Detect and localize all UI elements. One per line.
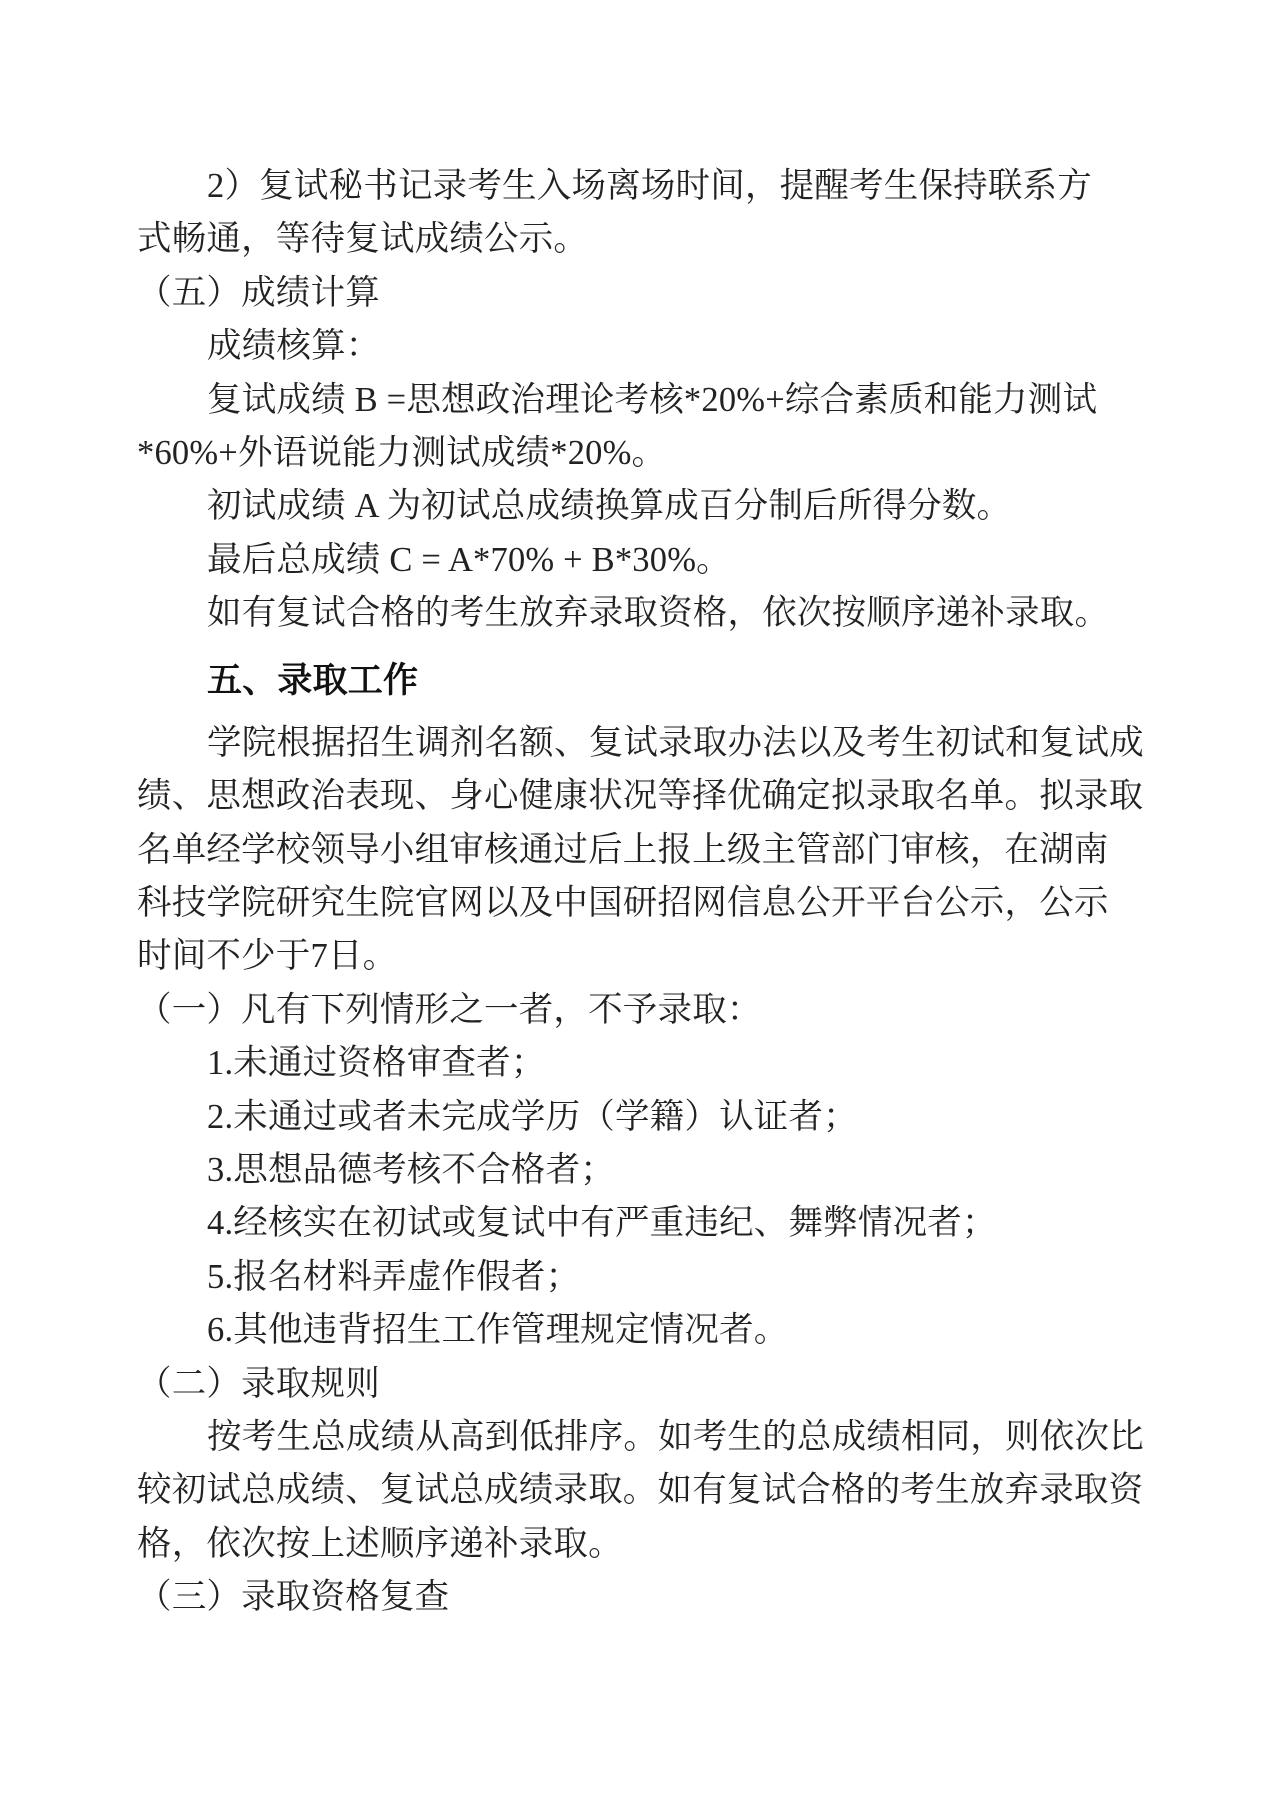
document-page: 2）复试秘书记录考生入场离场时间，提醒考生保持联系方 式畅通，等待复试成绩公示。… [0,0,1279,1809]
formula-line-retest-score: 复试成绩 B =思想政治理论考核*20%+综合素质和能力测试 [137,374,1138,427]
formula-line-retest-score-cont: *60%+外语说能力测试成绩*20%。 [137,427,1138,480]
paragraph-line: 如有复试合格的考生放弃录取资格，依次按顺序递补录取。 [137,587,1138,640]
document-text-block: 2）复试秘书记录考生入场离场时间，提醒考生保持联系方 式畅通，等待复试成绩公示。… [137,160,1138,1625]
subsection-label-no-admission-cases: （一）凡有下列情形之一者，不予录取： [137,984,1138,1037]
paragraph-line: 科技学院研究生院官网以及中国研招网信息公开平台公示，公示 [137,877,1138,930]
list-item-1: 1.未通过资格审查者； [137,1037,1138,1090]
formula-line-initial-score: 初试成绩 A 为初试总成绩换算成百分制后所得分数。 [137,480,1138,533]
paragraph-line: 2）复试秘书记录考生入场离场时间，提醒考生保持联系方 [137,160,1138,213]
paragraph-line: 按考生总成绩从高到低排序。如考生的总成绩相同，则依次比 [137,1411,1138,1464]
formula-line-final-score: 最后总成绩 C = A*70% + B*30%。 [137,534,1138,587]
list-item-6: 6.其他违背招生工作管理规定情况者。 [137,1304,1138,1357]
paragraph-line: 学院根据招生调剂名额、复试录取办法以及考生初试和复试成 [137,717,1138,770]
list-item-3: 3.思想品德考核不合格者； [137,1144,1138,1197]
subsection-label-score-calculation: （五）成绩计算 [137,267,1138,320]
paragraph-line: 名单经学校领导小组审核通过后上报上级主管部门审核，在湖南 [137,824,1138,877]
section-heading-enrollment: 五、录取工作 [137,654,1138,707]
paragraph-line: 绩、思想政治表现、身心健康状况等择优确定拟录取名单。拟录取 [137,770,1138,823]
paragraph-line: 时间不少于7日。 [137,930,1138,983]
list-item-4: 4.经核实在初试或复试中有严重违纪、舞弊情况者； [137,1197,1138,1250]
list-item-5: 5.报名材料弄虚作假者； [137,1251,1138,1304]
subsection-label-qualification-recheck: （三）录取资格复查 [137,1571,1138,1624]
paragraph-line: 式畅通，等待复试成绩公示。 [137,213,1138,266]
paragraph-line: 较初试总成绩、复试总成绩录取。如有复试合格的考生放弃录取资 [137,1464,1138,1517]
paragraph-line: 成绩核算： [137,320,1138,373]
paragraph-line: 格，依次按上述顺序递补录取。 [137,1518,1138,1571]
list-item-2: 2.未通过或者未完成学历（学籍）认证者； [137,1091,1138,1144]
subsection-label-admission-rules: （二）录取规则 [137,1358,1138,1411]
